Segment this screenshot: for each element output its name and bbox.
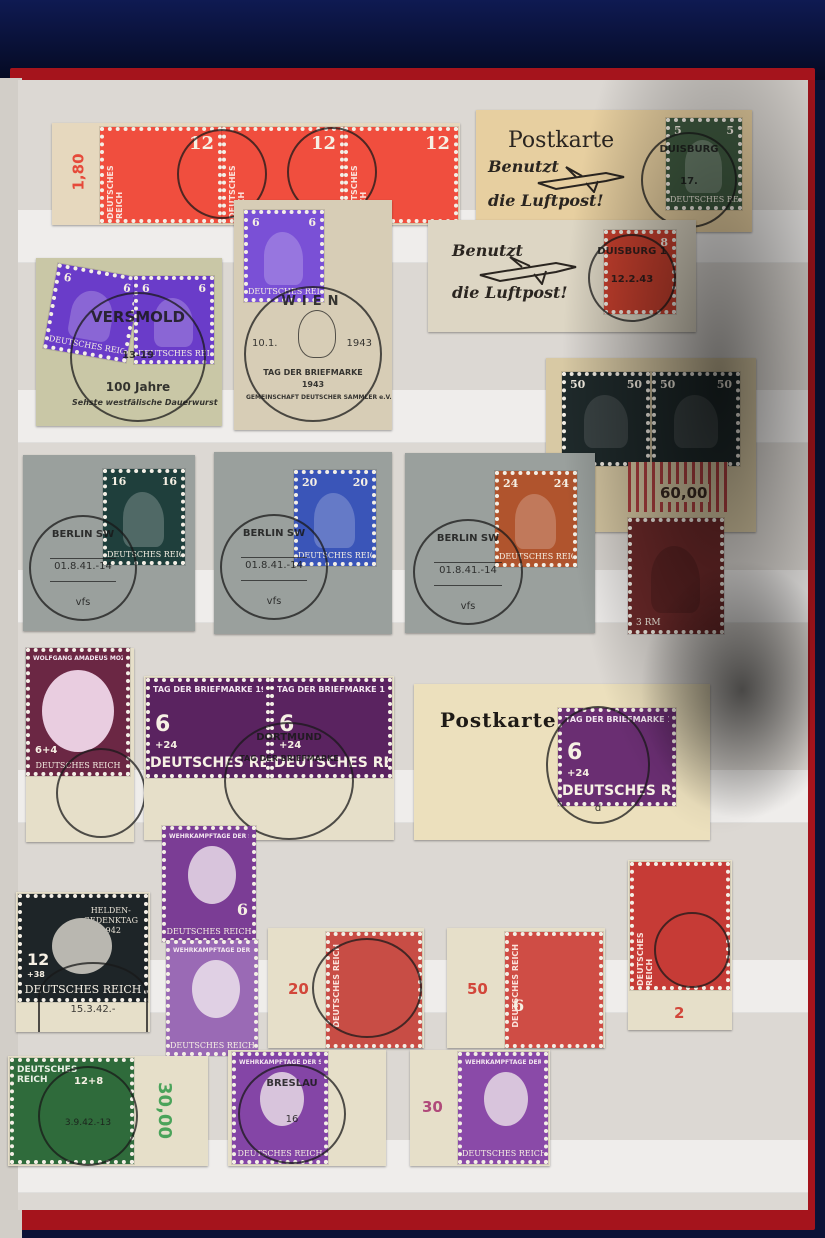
margin-value: 30: [422, 1098, 443, 1116]
margin-value: 60,00: [658, 484, 709, 502]
postmark: WIEN 10.1. 1943 TAG DER BRIEFMARKE 1943 …: [244, 286, 382, 422]
stamp-wehrkampftage[interactable]: WEHRKAMPFTAGE DER SA 1942 DEUTSCHES REIC…: [166, 940, 258, 1056]
postmark: VERSMOLD 13-19 100 Jahre Sehste westfäli…: [70, 292, 206, 422]
margin-value: 30,00: [154, 1082, 175, 1139]
margin-value: 1,80: [70, 153, 88, 190]
postmark: BERLIN SW 01.8.41.-14 vfs: [413, 519, 523, 625]
postmark: DUISBURG 17.: [641, 132, 737, 228]
postmark: 3.9.42.-13: [38, 1066, 138, 1166]
postmark: DORTMUND TAG DER BRIEFMARKE: [224, 722, 354, 840]
postcard-title: Postkarte: [508, 128, 614, 153]
margin-value: 2: [674, 1004, 684, 1022]
piece-versmold[interactable]: 66DEUTSCHES REICH 66DEUTSCHES REICH VERS…: [36, 258, 222, 426]
stamp-3rm[interactable]: 3 RM: [628, 518, 724, 634]
airplane-icon: [536, 165, 626, 193]
airplane-icon: [478, 255, 578, 285]
airmail-piece-duisburg[interactable]: Benutzt die Luftpost! 8 DUISBURG 1 12.2.…: [428, 220, 696, 332]
piece-berlin-20[interactable]: 2020DEUTSCHES REICH BERLIN SW 01.8.41.-1…: [214, 452, 392, 634]
piece-sa-30[interactable]: 30 WEHRKAMPFTAGE DER SA 1942 DEUTSCHES R…: [410, 1050, 550, 1166]
piece-mozart[interactable]: WOLFGANG AMADEUS MOZART 6+4 DEUTSCHES RE…: [26, 648, 134, 842]
postmark: BRESLAU 16: [238, 1064, 346, 1164]
postmark: [56, 748, 146, 838]
postmark: [312, 938, 422, 1038]
piece-red-2[interactable]: DEUTSCHES REICH 2: [628, 860, 732, 1030]
stamp: 5050: [652, 372, 740, 466]
postcard-piece-duisburg[interactable]: Postkarte Benutzt die Luftpost! 55DEUTSC…: [476, 110, 752, 232]
piece-berlin-16[interactable]: 1616DEUTSCHES REICH BERLIN SW 01.8.41.-1…: [23, 455, 195, 631]
piece-green[interactable]: DEUTSCHESREICH 12+8 3.9.42.-13 30,00: [8, 1056, 208, 1166]
hermes-head-icon: [298, 310, 336, 358]
piece-red-20[interactable]: 20 DEUTSCHES REICH: [268, 928, 424, 1048]
piece-wien[interactable]: 66DEUTSCHES REICH WIEN 10.1. 1943 TAG DE…: [234, 200, 392, 430]
piece-heldengedenktag[interactable]: HELDEN-GEDENKTAG1942 12 +38 DEUTSCHES RE…: [16, 892, 150, 1032]
postmark: 15.3.42.-: [38, 962, 148, 1032]
stamp: 5050: [562, 372, 650, 466]
postcard-piece-tag-der-briefmarke[interactable]: Postkarte TAG DER BRIEFMARKE 1942 6 +24 …: [414, 684, 710, 840]
postmark: d: [546, 706, 650, 824]
margin-value: 20: [288, 980, 309, 998]
postmark: BERLIN SW 01.8.41.-14 vfs: [220, 514, 328, 620]
postmark: DUISBURG 1 12.2.43: [588, 234, 676, 322]
sa-badge-icon: [188, 846, 236, 904]
sa-badge-icon: [484, 1072, 528, 1126]
piece-sa-breslau[interactable]: WEHRKAMPFTAGE DER SA 1942 DEUTSCHES REIC…: [228, 1050, 386, 1166]
postmark: BERLIN SW 01.8.41.-14 vfs: [29, 515, 137, 621]
sa-badge-icon: [192, 960, 240, 1018]
postcard-title: Postkarte: [440, 708, 557, 732]
stamp: DEUTSCHES REICH6: [505, 932, 603, 1048]
piece-berlin-24[interactable]: 2424DEUTSCHES REICH BERLIN SW 01.8.41.-1…: [405, 453, 595, 633]
piece-tag-der-briefmarke-pair[interactable]: TAG DER BRIEFMARKE 1942 6 +24 DEUTSCHES …: [144, 676, 394, 840]
stamp-wehrkampftage[interactable]: WEHRKAMPFTAGE DER SA 1942 6 DEUTSCHES RE…: [162, 826, 256, 942]
margin-value: 50: [467, 980, 488, 998]
stamp: WEHRKAMPFTAGE DER SA 1942 DEUTSCHES REIC…: [458, 1052, 548, 1164]
postmark: [654, 912, 730, 988]
airmail-slogan: die Luftpost!: [488, 190, 603, 212]
airmail-slogan: die Luftpost!: [452, 282, 567, 304]
piece-red-50[interactable]: 50 DEUTSCHES REICH6: [447, 928, 605, 1048]
